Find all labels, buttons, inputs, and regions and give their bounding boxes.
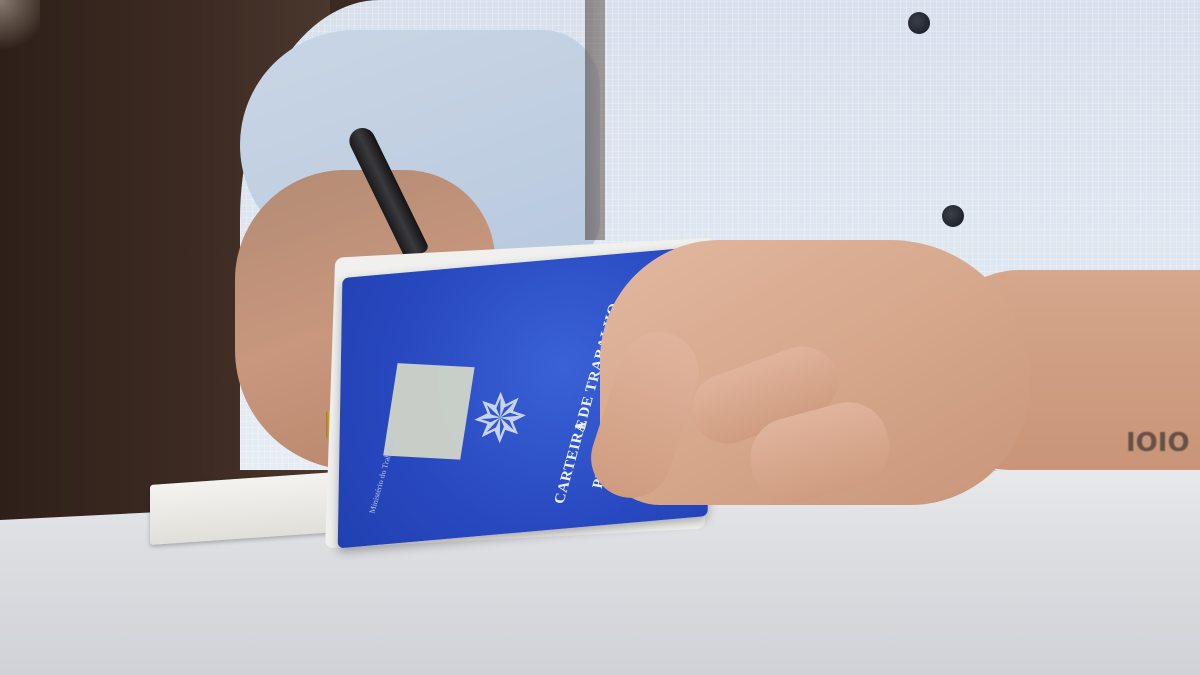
shirt-placket (585, 0, 605, 240)
ministry-text: Ministério do Trabalho (368, 439, 397, 514)
tattoo: IOIO (1126, 428, 1190, 458)
shirt-button-icon (942, 205, 964, 227)
coat-of-arms-icon: ✵ (457, 370, 544, 468)
photo-scene: ✵ Ministério do Trabalho CARTEIRA DE TRA… (0, 0, 1200, 675)
shirt-button-icon (908, 12, 930, 34)
background-light (0, 0, 40, 60)
